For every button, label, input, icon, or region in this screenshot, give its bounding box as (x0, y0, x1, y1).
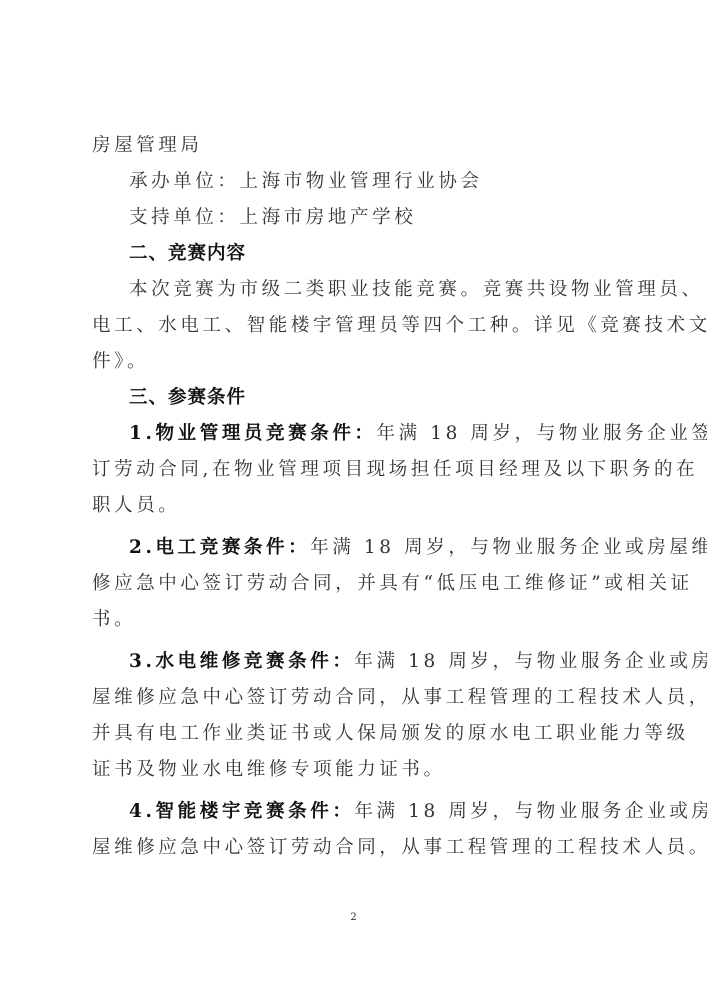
condition-text: 年满 18 周岁，与物业服务企业签 (377, 423, 707, 444)
paragraph-line: 证书及物业水电维修专项能力证书。 (92, 752, 620, 788)
condition-lead: 4.智能楼宇竞赛条件： (129, 801, 354, 822)
condition-text: 年满 18 周岁，与物业服务企业或房 (354, 651, 707, 672)
condition-text: 年满 18 周岁，与物业服务企业或房屋维 (310, 537, 707, 558)
condition-text: 年满 18 周岁，与物业服务企业或房 (354, 801, 707, 822)
paragraph-line: 并具有电工作业类证书或人保局颁发的原水电工职业能力等级 (92, 716, 620, 752)
paragraph-line: 件》。 (92, 344, 620, 380)
condition-lead: 3.水电维修竞赛条件： (129, 651, 354, 672)
section-heading-conditions: 三、参赛条件 (92, 380, 620, 416)
condition-lead: 1.物业管理员竞赛条件： (129, 423, 377, 444)
paragraph-line: 本次竞赛为市级二类职业技能竞赛。竞赛共设物业管理员、 (92, 272, 620, 308)
organizer-line: 承办单位：上海市物业管理行业协会 (92, 164, 620, 200)
document-page: 房屋管理局 承办单位：上海市物业管理行业协会 支持单位：上海市房地产学校 二、竞… (92, 128, 620, 866)
paragraph-line: 职人员。 (92, 488, 620, 524)
paragraph-line: 屋维修应急中心签订劳动合同，从事工程管理的工程技术人员。 (92, 830, 620, 866)
condition-item-3: 3.水电维修竞赛条件：年满 18 周岁，与物业服务企业或房 屋维修应急中心签订劳… (92, 644, 620, 788)
condition-item-2: 2.电工竞赛条件：年满 18 周岁，与物业服务企业或房屋维 修应急中心签订劳动合… (92, 530, 620, 638)
section-heading-content: 二、竞赛内容 (92, 236, 620, 272)
paragraph-line: 订劳动合同,在物业管理项目现场担任项目经理及以下职务的在 (92, 452, 620, 488)
paragraph-line: 书。 (92, 602, 620, 638)
supporter-line: 支持单位：上海市房地产学校 (92, 200, 620, 236)
paragraph-line: 电工、水电工、智能楼宇管理员等四个工种。详见《竞赛技术文 (92, 308, 620, 344)
condition-item-4: 4.智能楼宇竞赛条件：年满 18 周岁，与物业服务企业或房 屋维修应急中心签订劳… (92, 794, 620, 866)
page-number: 2 (0, 912, 707, 923)
paragraph-line: 屋维修应急中心签订劳动合同，从事工程管理的工程技术人员， (92, 680, 620, 716)
paragraph-line: 修应急中心签订劳动合同，并具有“低压电工维修证”或相关证 (92, 566, 620, 602)
organizer-line-tail: 房屋管理局 (92, 128, 620, 164)
condition-lead: 2.电工竞赛条件： (129, 537, 310, 558)
condition-item-1: 1.物业管理员竞赛条件：年满 18 周岁，与物业服务企业签 订劳动合同,在物业管… (92, 416, 620, 524)
